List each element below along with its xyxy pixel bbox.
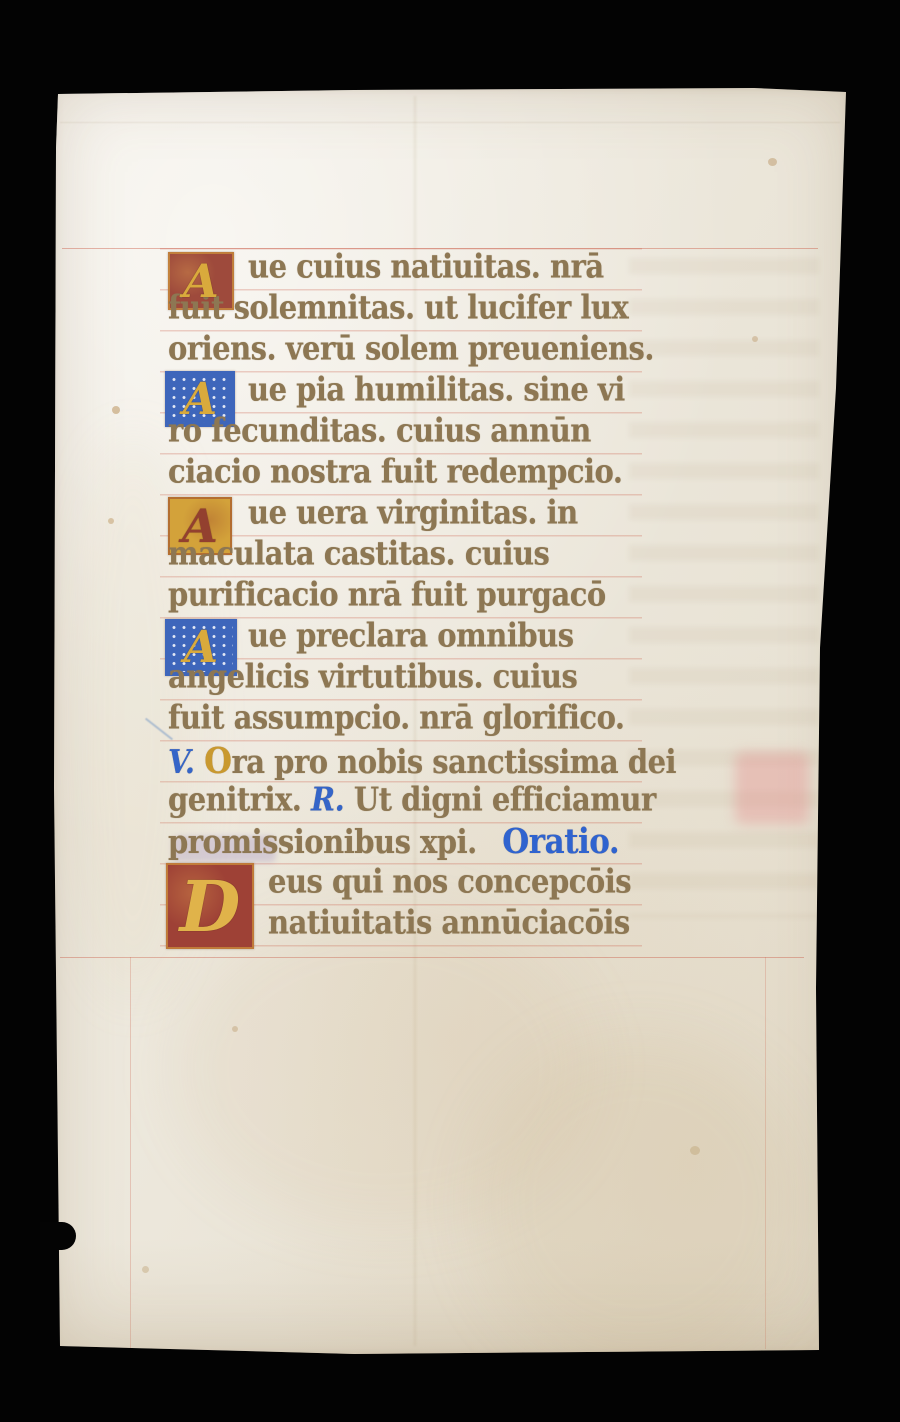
text-segment: O [204, 739, 231, 782]
text-segment: ue uera virginitas. in [248, 493, 578, 531]
text-segment: eus qui nos concepcōis [268, 862, 631, 900]
text-segment: natiuitatis annūciacōis [268, 903, 630, 941]
text-line: natiuitatis annūciacōis [268, 903, 630, 946]
fox-spot [768, 158, 777, 166]
versicle-mark: V. [168, 743, 204, 781]
rubric-oratio: Oratio. [486, 821, 619, 861]
text-segment: genitrix. [168, 780, 311, 818]
text-segment: ue pia humilitas. sine vi [248, 370, 625, 408]
text-line: ciacio nostra fuit redempcio. [168, 452, 622, 495]
text-segment: purificacio nrā fuit purgacō [168, 575, 606, 613]
text-line: purificacio nrā fuit purgacō [168, 575, 606, 618]
text-segment: fuit solemnitas. ut lucifer lux [168, 288, 628, 326]
text-line: fuit solemnitas. ut lucifer lux [168, 288, 628, 331]
versicle-mark: R. [311, 780, 354, 818]
horizontal-crease [60, 122, 840, 123]
text-segment: ue preclara omnibus [248, 616, 574, 654]
text-line: angelicis virtutibus. cuius [168, 657, 577, 700]
text-line: promissionibus xpi. Oratio. [168, 821, 619, 864]
fox-spot [112, 406, 120, 414]
pink-stain [735, 752, 809, 824]
text-segment: ra pro nobis sanctissima dei [232, 743, 677, 781]
text-line: fuit assumpcio. nrā glorifico. [168, 698, 625, 741]
text-segment: maculata castitas. cuius [168, 534, 549, 572]
text-block: A A A A D ue cuius natiuitas. nrāfuit so… [168, 250, 646, 1040]
text-line: oriens. verū solem preueniens. [168, 329, 654, 372]
text-line: ue uera virginitas. in [248, 493, 578, 536]
text-segment: oriens. verū solem preueniens. [168, 329, 654, 367]
illuminated-initial-D: D [166, 863, 254, 949]
text-line: ue pia humilitas. sine vi [248, 370, 625, 413]
text-segment: promissionibus xpi. [168, 823, 486, 861]
text-segment: ro fecunditas. cuius annūn [168, 411, 591, 449]
left-edge-notch [40, 1222, 76, 1250]
fox-spot [142, 1266, 149, 1273]
text-segment: angelicis virtutibus. cuius [168, 657, 577, 695]
text-segment: Ut digni efficiamur [354, 780, 656, 818]
text-line: eus qui nos concepcōis [268, 862, 631, 905]
manuscript-photo: { "page": { "background_color": "#030303… [0, 0, 900, 1422]
text-line: ue preclara omnibus [248, 616, 574, 659]
text-segment: fuit assumpcio. nrā glorifico. [168, 698, 625, 736]
fox-spot [752, 336, 758, 342]
soft-stain [474, 1038, 804, 1368]
text-segment: ue cuius natiuitas. nrā [248, 247, 604, 285]
parchment-leaf: A A A A D ue cuius natiuitas. nrāfuit so… [54, 88, 848, 1355]
text-segment: ciacio nostra fuit redempcio. [168, 452, 622, 490]
text-line: ue cuius natiuitas. nrā [248, 247, 604, 290]
text-line: V. Ora pro nobis sanctissima dei [168, 739, 676, 782]
text-line: genitrix. R. Ut digni efficiamur [168, 780, 656, 823]
text-line: ro fecunditas. cuius annūn [168, 411, 591, 454]
text-line: maculata castitas. cuius [168, 534, 549, 577]
